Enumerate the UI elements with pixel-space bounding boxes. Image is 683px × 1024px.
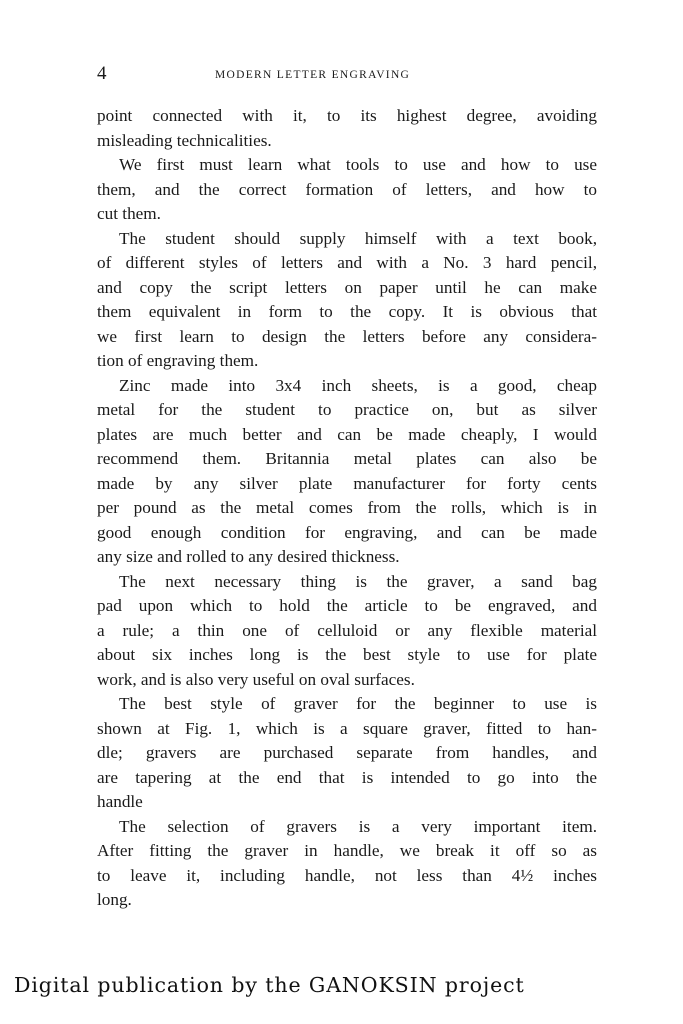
paragraph: The next necessary thing is the graver, … — [97, 570, 597, 693]
text-line: cut them. — [97, 202, 597, 227]
text-line: good enough condition for engraving, and… — [97, 521, 597, 546]
text-line: work, and is also very useful on oval su… — [97, 668, 597, 693]
text-line: a rule; a thin one of celluloid or any f… — [97, 619, 597, 644]
text-line: Zinc made into 3x4 inch sheets, is a goo… — [97, 374, 597, 399]
text-line: we first learn to design the letters bef… — [97, 325, 597, 350]
document-page: 4 MODERN LETTER ENGRAVING point connecte… — [0, 0, 683, 1024]
paragraph: point connected with it, to its highest … — [97, 104, 597, 153]
text-line: any size and rolled to any desired thick… — [97, 545, 597, 570]
text-line: of different styles of letters and with … — [97, 251, 597, 276]
text-line: We first must learn what tools to use an… — [97, 153, 597, 178]
text-line: The next necessary thing is the graver, … — [97, 570, 597, 595]
text-line: shown at Fig. 1, which is a square grave… — [97, 717, 597, 742]
text-line: After fitting the graver in handle, we b… — [97, 839, 597, 864]
text-line: are tapering at the end that is intended… — [97, 766, 597, 791]
text-line: tion of engraving them. — [97, 349, 597, 374]
text-line: per pound as the metal comes from the ro… — [97, 496, 597, 521]
text-line: long. — [97, 888, 597, 913]
text-line: The best style of graver for the beginne… — [97, 692, 597, 717]
text-line: and copy the script letters on paper unt… — [97, 276, 597, 301]
paragraph: We first must learn what tools to use an… — [97, 153, 597, 227]
text-line: pad upon which to hold the article to be… — [97, 594, 597, 619]
text-line: misleading technicalities. — [97, 129, 597, 154]
paragraph: The selection of gravers is a very impor… — [97, 815, 597, 913]
text-line: dle; gravers are purchased separate from… — [97, 741, 597, 766]
text-line: them equivalent in form to the copy. It … — [97, 300, 597, 325]
paragraph: Zinc made into 3x4 inch sheets, is a goo… — [97, 374, 597, 570]
text-line: metal for the student to practice on, bu… — [97, 398, 597, 423]
text-line: plates are much better and can be made c… — [97, 423, 597, 448]
text-line: The selection of gravers is a very impor… — [97, 815, 597, 840]
text-line: point connected with it, to its highest … — [97, 104, 597, 129]
paragraph: The student should supply himself with a… — [97, 227, 597, 374]
page-number: 4 — [97, 62, 107, 86]
running-head: 4 MODERN LETTER ENGRAVING — [97, 62, 597, 86]
text-line: handle — [97, 790, 597, 815]
body-text: point connected with it, to its highest … — [97, 104, 597, 913]
text-line: about six inches long is the best style … — [97, 643, 597, 668]
running-title: MODERN LETTER ENGRAVING — [215, 65, 410, 85]
footer-credit: Digital publication by the GANOKSIN proj… — [14, 970, 674, 1000]
text-line: recommend them. Britannia metal plates c… — [97, 447, 597, 472]
text-line: made by any silver plate manufacturer fo… — [97, 472, 597, 497]
paragraph: The best style of graver for the beginne… — [97, 692, 597, 815]
text-line: The student should supply himself with a… — [97, 227, 597, 252]
text-line: to leave it, including handle, not less … — [97, 864, 597, 889]
text-line: them, and the correct formation of lette… — [97, 178, 597, 203]
